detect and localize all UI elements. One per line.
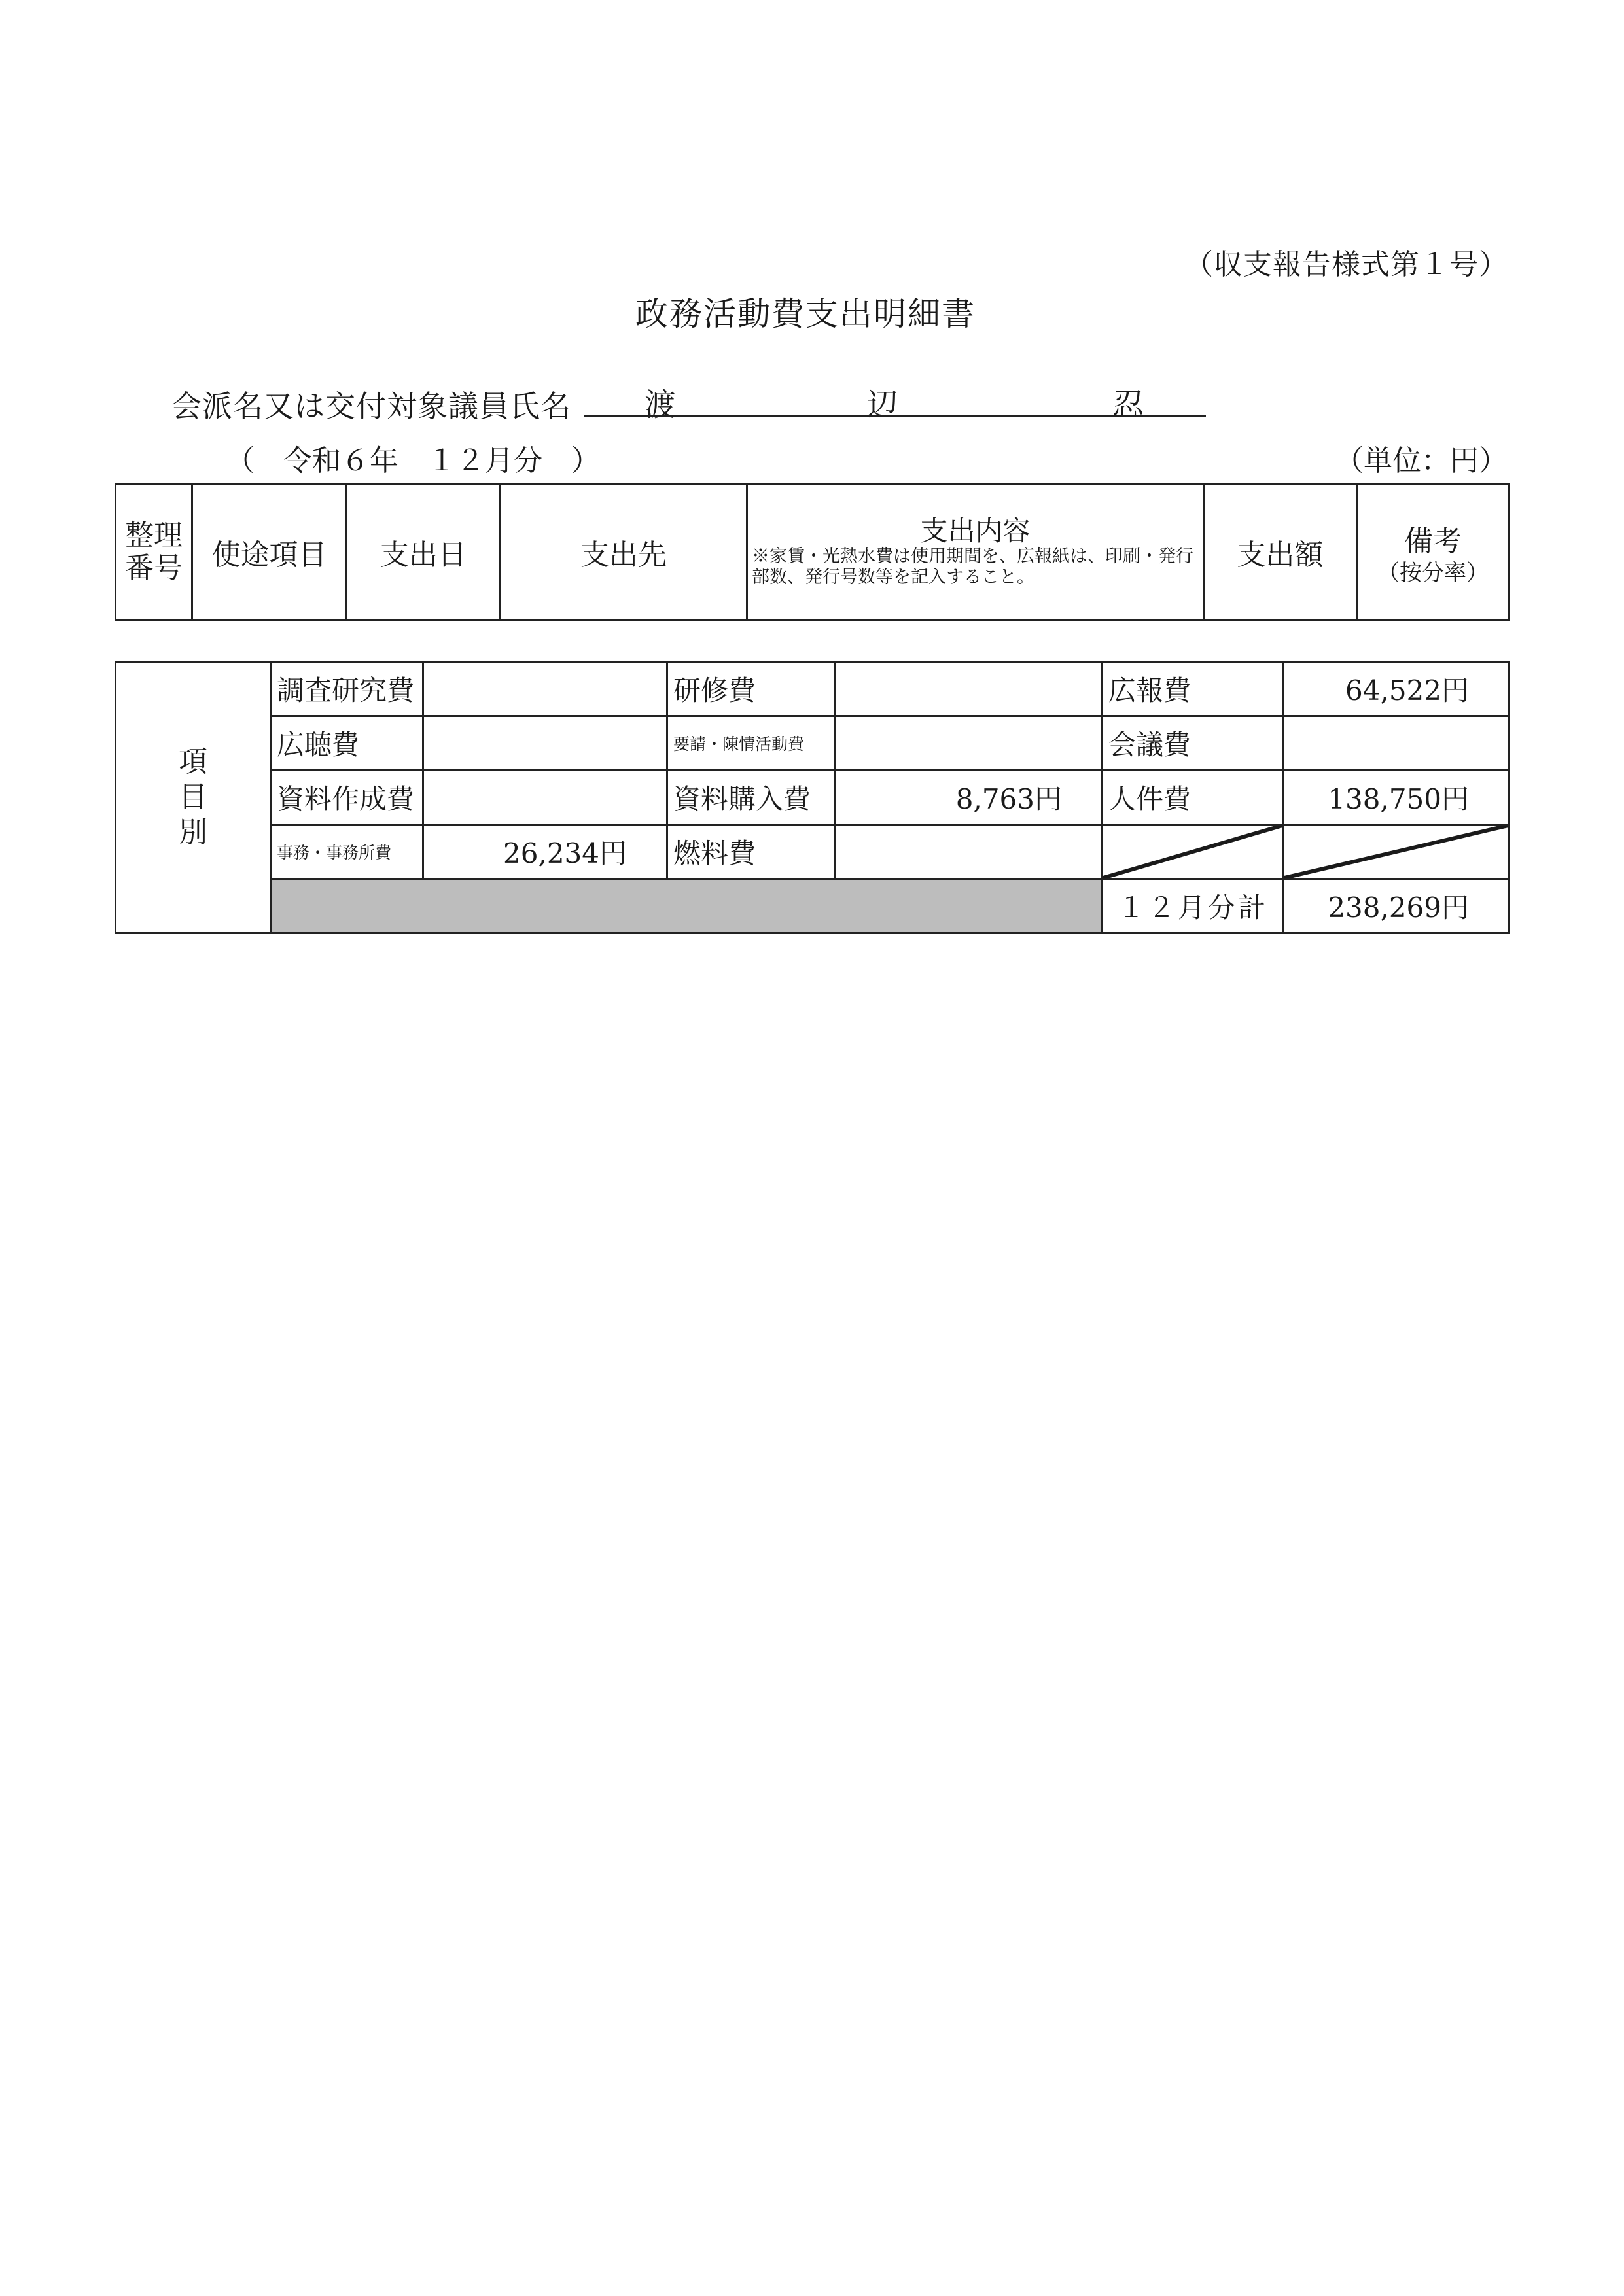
category-amount xyxy=(836,825,1103,879)
detail-header-row: 整理 番号 使途項目 支出日 支出先 支出内容 ※家賃・光熱水費は使用期間を、広… xyxy=(116,484,1509,621)
category-label: 資料作成費 xyxy=(271,771,423,825)
crossed-out-cell xyxy=(1284,825,1509,879)
category-label: 資料購入費 xyxy=(667,771,836,825)
side-label-char: 目 xyxy=(116,780,270,815)
column-header-payee: 支出先 xyxy=(501,484,747,621)
diagonal-slash-icon xyxy=(1284,826,1508,878)
column-header-amount: 支出額 xyxy=(1204,484,1357,621)
crossed-out-cell xyxy=(1103,825,1284,879)
expense-detail-table: 整理 番号 使途項目 支出日 支出先 支出内容 ※家賃・光熱水費は使用期間を、広… xyxy=(115,483,1510,621)
category-amount: 138,750円 xyxy=(1284,771,1509,825)
report-period: （ 令和６年 １２月分 ） xyxy=(226,437,600,479)
category-row: 事務・事務所費 26,234円 燃料費 xyxy=(116,825,1509,879)
column-header-number: 整理 番号 xyxy=(116,484,192,621)
total-row: １２月分計 238,269円 xyxy=(116,879,1509,933)
category-label: 広報費 xyxy=(1103,662,1284,716)
category-amount: 26,234円 xyxy=(423,825,667,879)
column-header-contents-title: 支出内容 xyxy=(748,516,1203,546)
column-header-number-line1: 整理 xyxy=(116,519,191,552)
member-name-part: 渡 xyxy=(644,379,676,425)
side-label-char: 別 xyxy=(116,815,270,850)
column-header-contents: 支出内容 ※家賃・光熱水費は使用期間を、広報紙は、印刷・発行部数、発行号数等を記… xyxy=(747,484,1204,621)
category-amount xyxy=(423,662,667,716)
category-row: 広聴費 要請・陳情活動費 会議費 xyxy=(116,716,1509,771)
category-label: 広聴費 xyxy=(271,716,423,771)
category-amount xyxy=(423,716,667,771)
category-label: 人件費 xyxy=(1103,771,1284,825)
category-amount: 8,763円 xyxy=(836,771,1103,825)
category-amount xyxy=(836,662,1103,716)
column-header-remarks-sub: （按分率） xyxy=(1358,559,1508,587)
category-side-label: 項 目 別 xyxy=(116,662,271,933)
category-label: 事務・事務所費 xyxy=(271,825,423,879)
column-header-remarks: 備考 （按分率） xyxy=(1357,484,1509,621)
shaded-blank-cell xyxy=(271,879,1103,933)
category-amount xyxy=(836,716,1103,771)
member-name-part: 辺 xyxy=(867,379,898,425)
column-header-date: 支出日 xyxy=(347,484,501,621)
member-name-part: 忍 xyxy=(1112,379,1144,425)
category-amount: 64,522円 xyxy=(1284,662,1509,716)
column-header-remarks-title: 備考 xyxy=(1358,517,1508,559)
unit-label: （単位：円） xyxy=(1335,437,1508,479)
column-header-number-line2: 番号 xyxy=(116,552,191,585)
member-label: 会派名又は交付対象議員氏名 xyxy=(171,383,571,426)
category-label: 研修費 xyxy=(667,662,836,716)
member-name-underline xyxy=(584,415,1206,417)
category-label: 燃料費 xyxy=(667,825,836,879)
category-amount xyxy=(423,771,667,825)
category-summary-table: 項 目 別 調査研究費 研修費 広報費 64,522円 広聴費 要請・陳情活動費… xyxy=(115,661,1510,934)
category-amount xyxy=(1284,716,1509,771)
document-title: 政務活動費支出明細書 xyxy=(0,288,1617,335)
column-header-purpose: 使途項目 xyxy=(192,484,347,621)
total-label: １２月分計 xyxy=(1103,879,1284,933)
category-label: 調査研究費 xyxy=(271,662,423,716)
diagonal-slash-icon xyxy=(1103,826,1282,878)
side-label-char: 項 xyxy=(116,744,270,780)
category-row: 資料作成費 資料購入費 8,763円 人件費 138,750円 xyxy=(116,771,1509,825)
category-label: 要請・陳情活動費 xyxy=(667,716,836,771)
total-amount: 238,269円 xyxy=(1284,879,1509,933)
category-label: 会議費 xyxy=(1103,716,1284,771)
column-header-contents-note: ※家賃・光熱水費は使用期間を、広報紙は、印刷・発行部数、発行号数等を記入すること… xyxy=(748,546,1203,588)
category-row: 項 目 別 調査研究費 研修費 広報費 64,522円 xyxy=(116,662,1509,716)
form-number: （収支報告様式第１号） xyxy=(1184,241,1508,283)
